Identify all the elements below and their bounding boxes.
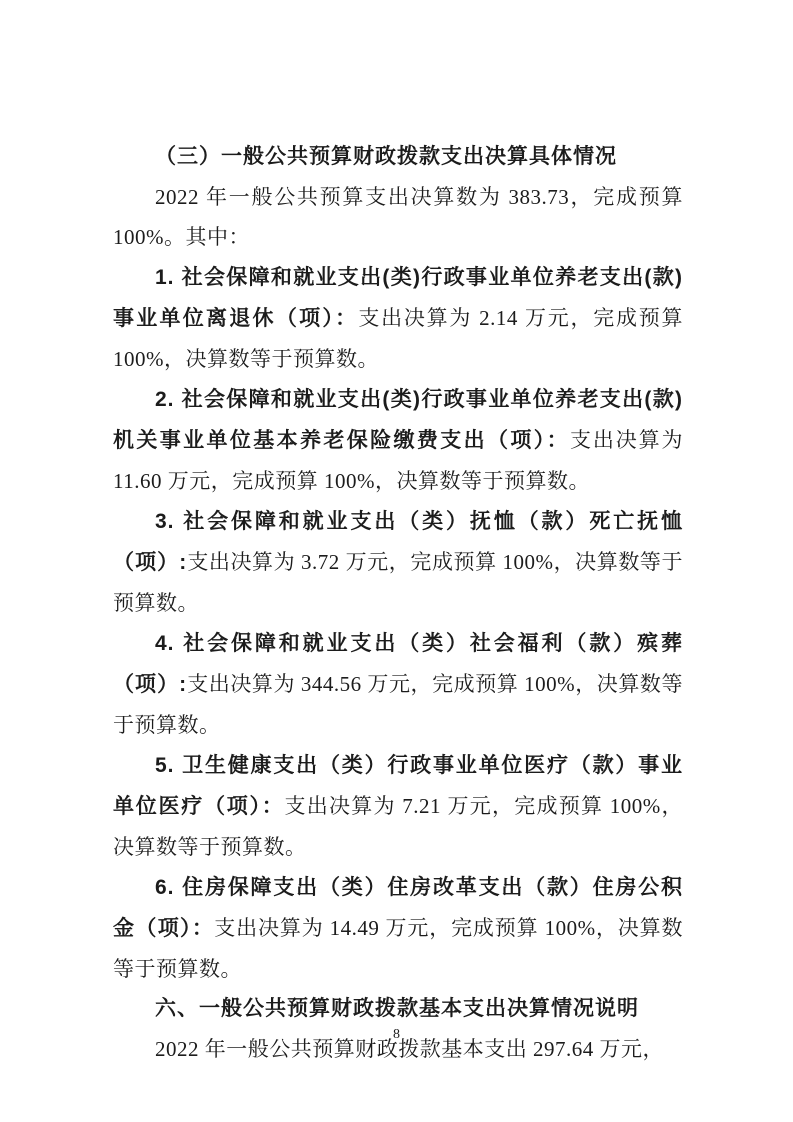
section-heading-basic-expenditure-explanation: 六、一般公共预算财政拨款基本支出决算情况说明 <box>113 989 683 1029</box>
document-page: （三）一般公共预算财政拨款支出决算具体情况 2022 年一般公共预算支出决算数为… <box>0 0 793 1122</box>
item-3-body: 支出决算为 3.72 万元，完成预算 100%，决算数等于预算数。 <box>113 550 683 615</box>
budget-item-paragraph-2: 2. 社会保障和就业支出(类)行政事业单位养老支出(款)机关事业单位基本养老保险… <box>113 379 683 501</box>
budget-item-paragraph-5: 5. 卫生健康支出（类）行政事业单位医疗（款）事业单位医疗（项）：支出决算为 7… <box>113 745 683 867</box>
budget-item-paragraph-3: 3. 社会保障和就业支出（类）抚恤（款）死亡抚恤（项）:支出决算为 3.72 万… <box>113 501 683 623</box>
document-text-block: （三）一般公共预算财政拨款支出决算具体情况 2022 年一般公共预算支出决算数为… <box>113 137 683 1069</box>
budget-item-paragraph-1: 1. 社会保障和就业支出(类)行政事业单位养老支出(款)事业单位离退休（项）：支… <box>113 257 683 379</box>
page-number: 8 <box>393 1027 400 1042</box>
budget-item-paragraph-4: 4. 社会保障和就业支出（类）社会福利（款）殡葬（项）:支出决算为 344.56… <box>113 623 683 745</box>
item-4-body: 支出决算为 344.56 万元，完成预算 100%，决算数等于预算数。 <box>113 672 683 737</box>
section-heading-general-public-budget-expenditure-details: （三）一般公共预算财政拨款支出决算具体情况 <box>113 137 683 177</box>
intro-paragraph: 2022 年一般公共预算支出决算数为 383.73，完成预算 100%。其中： <box>113 177 683 257</box>
budget-item-paragraph-6: 6. 住房保障支出（类）住房改革支出（款）住房公积金（项）：支出决算为 14.4… <box>113 867 683 989</box>
page-footer: 8 <box>0 1026 793 1044</box>
